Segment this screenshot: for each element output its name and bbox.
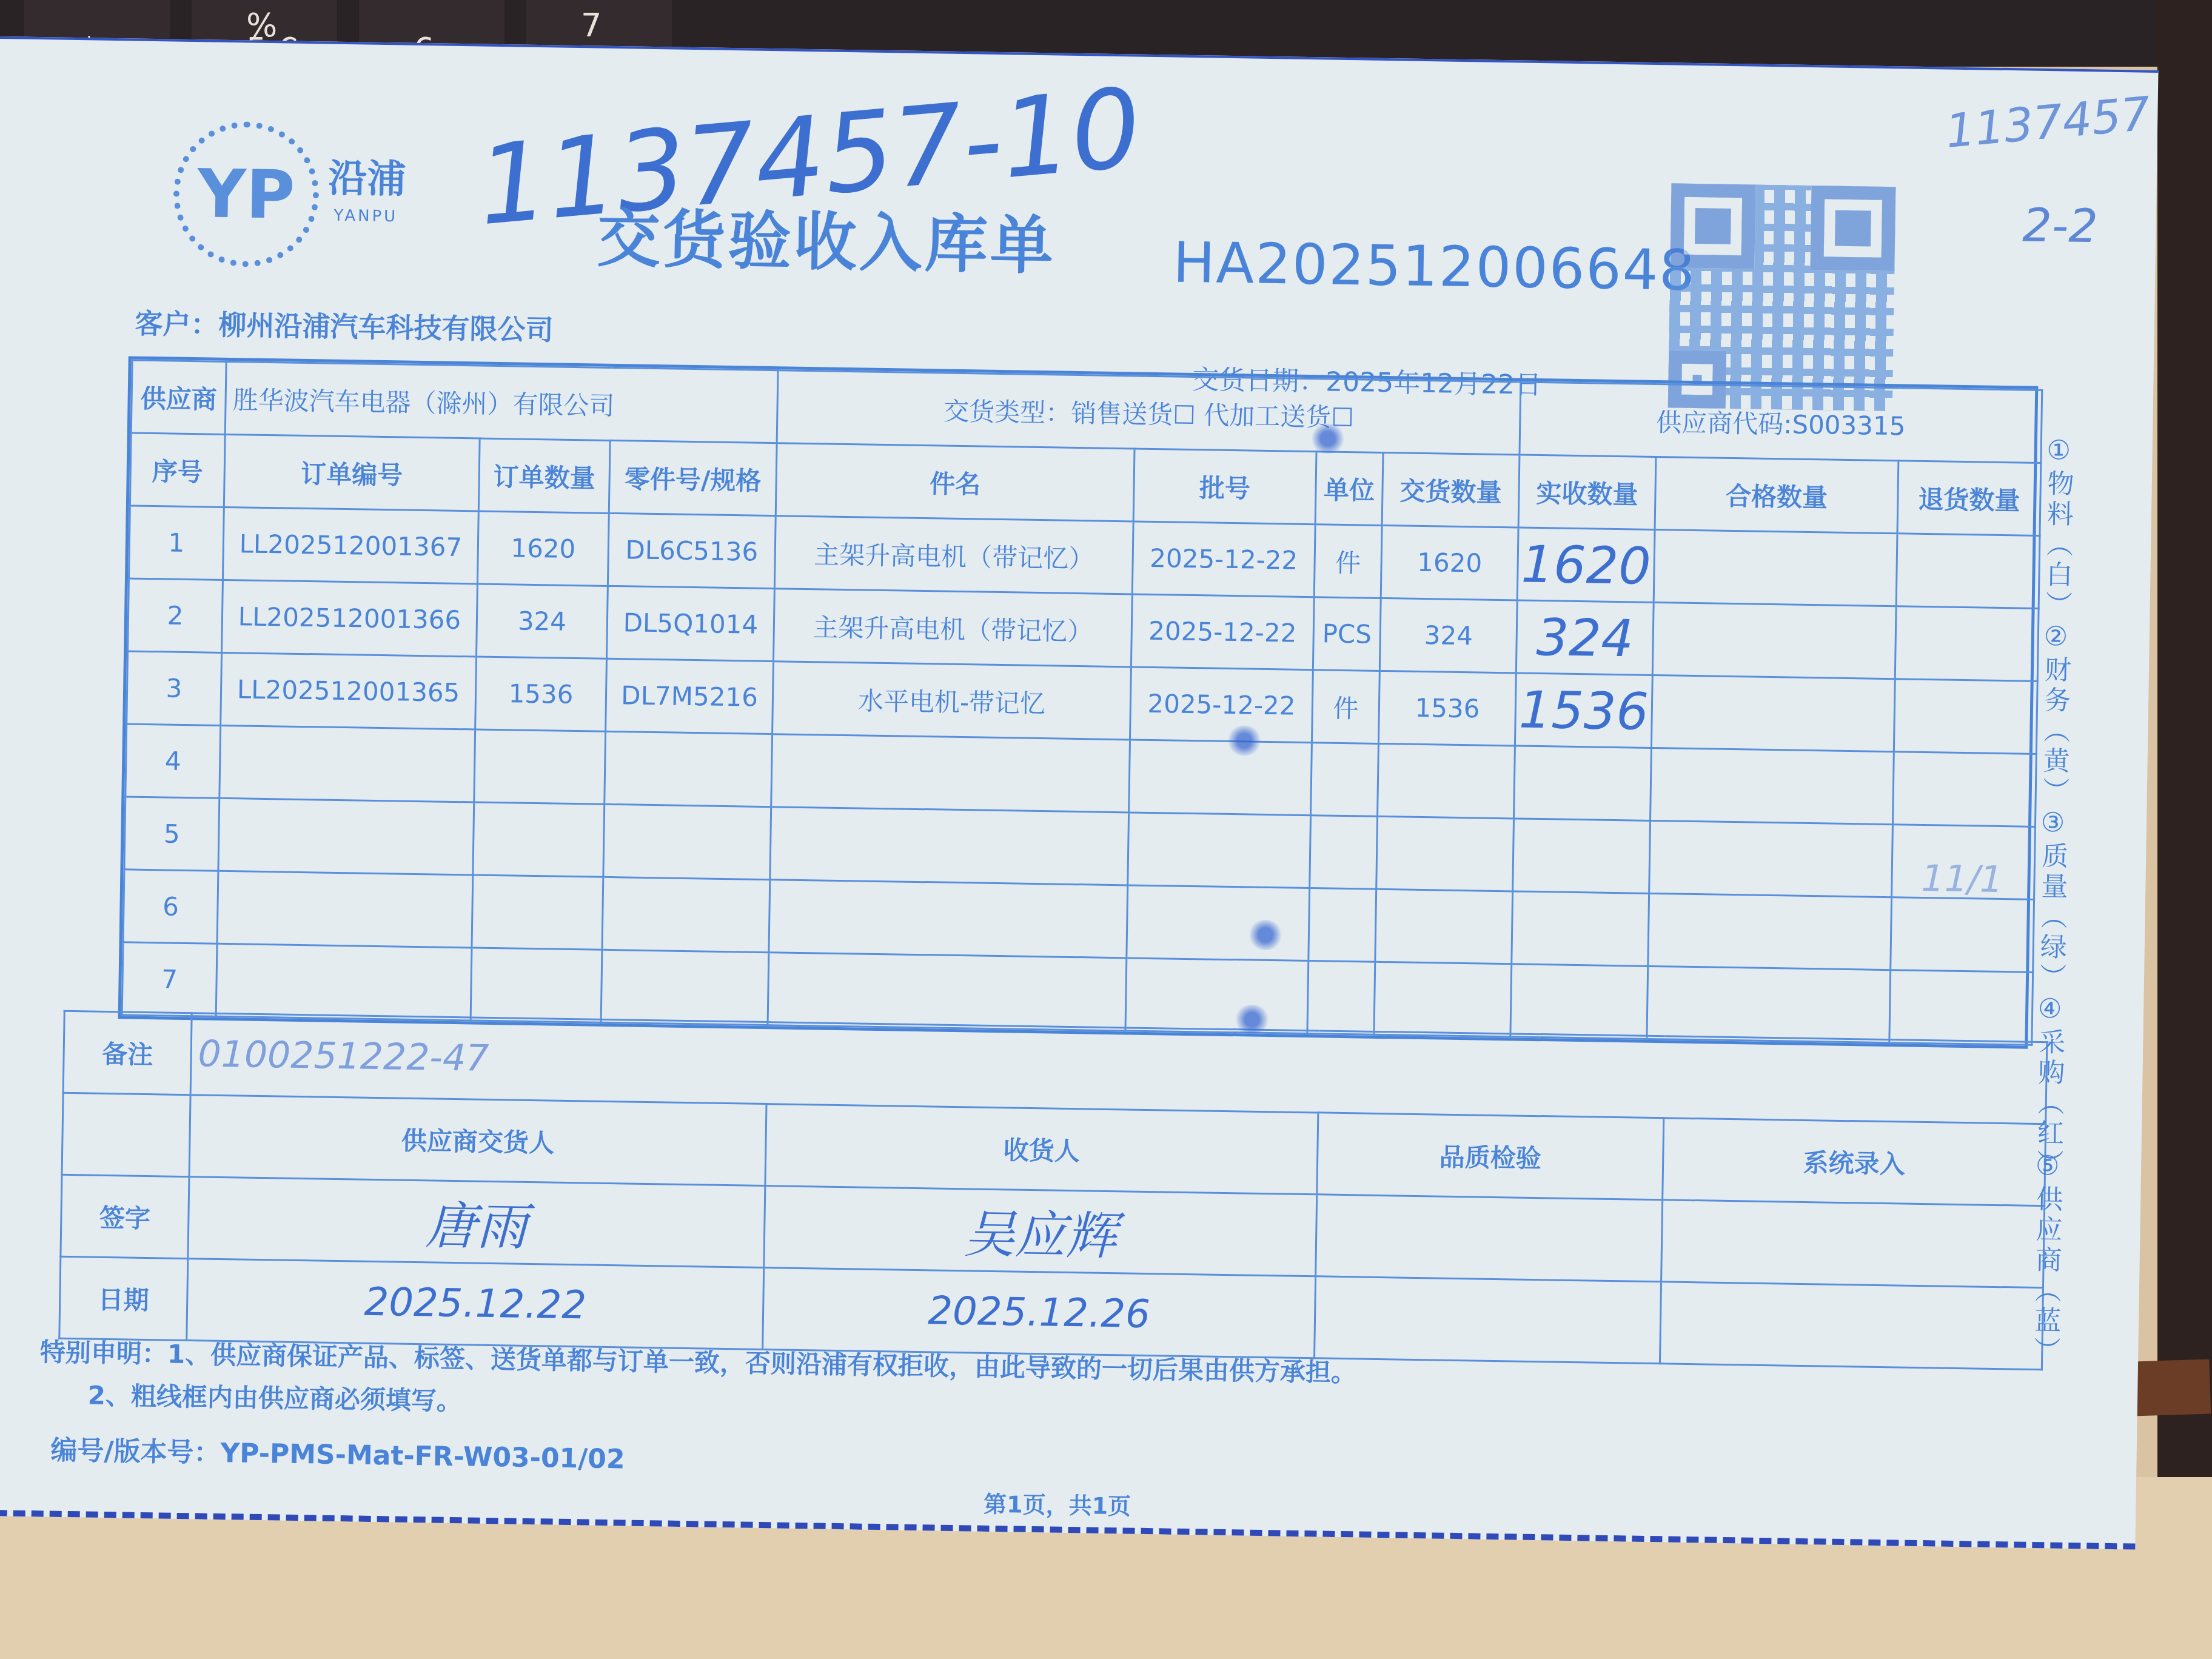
cell-part-name xyxy=(768,953,1127,1031)
header-quality-inspection: 品质检验 xyxy=(1317,1113,1664,1200)
cell-seq: 3 xyxy=(127,651,222,725)
form-code-value: YP-PMS-Mat-FR-W03-01/02 xyxy=(220,1438,625,1475)
cell-part-name: 主架升高电机（带记忆） xyxy=(774,516,1133,594)
cell-part-no: DL5Q1014 xyxy=(607,586,775,661)
cell-part-name: 水平电机-带记忆 xyxy=(773,662,1131,740)
corner-handwriting-2: 2-2 xyxy=(2022,198,2099,253)
signature-header-blank xyxy=(62,1093,190,1176)
cell-unit xyxy=(1311,743,1379,817)
yanpu-logo-icon: YP xyxy=(172,121,320,269)
cell-unit xyxy=(1310,816,1378,890)
cell-part-no xyxy=(601,950,769,1025)
cell-qualified-qty xyxy=(1654,529,1897,606)
cell-unit: PCS xyxy=(1313,597,1381,671)
cell-unit xyxy=(1307,961,1375,1035)
page-info: 第1页，共1页 xyxy=(984,1486,1131,1521)
key-label: 7 xyxy=(581,6,602,44)
cell-part-no: DL6C5136 xyxy=(608,513,776,588)
supplier-label: 供应商 xyxy=(131,360,226,434)
cell-unit: 件 xyxy=(1314,525,1382,598)
delivery-receipt-paper: YP 沿浦 YANPU 1137457-10 交货验收入库单 HA2025120… xyxy=(0,36,2159,1550)
cell-part-name: 主架升高电机（带记忆） xyxy=(773,589,1132,667)
cell-received-qty-handwritten: 324 xyxy=(1516,600,1654,675)
date-label: 日期 xyxy=(59,1256,188,1340)
cell-delivered-qty xyxy=(1376,816,1514,891)
items-table: 供应商 胜华波汽车电器（滁州）有限公司 交货类型：销售送货☐ 代加工送货☐ 供应… xyxy=(118,356,2039,1048)
cell-batch: 2025-12-22 xyxy=(1130,667,1313,743)
cell-received-qty-handwritten: 1620 xyxy=(1517,528,1655,603)
customer-line: 客户：柳州沿浦汽车科技有限公司 xyxy=(135,302,554,349)
cell-unit: 件 xyxy=(1312,670,1380,744)
document-number: HA202512006648 xyxy=(1173,230,1697,303)
supplier-code-label: 供应商代码: xyxy=(1656,407,1792,439)
margin-handwriting: 11/1 xyxy=(1921,857,2003,901)
document-title: 交货验收入库单 xyxy=(597,188,1056,286)
cell-qualified-qty xyxy=(1647,966,1891,1042)
cell-part-name xyxy=(771,734,1130,813)
header-delivered-qty: 交货数量 xyxy=(1382,452,1520,528)
cell-received-qty xyxy=(1510,964,1648,1039)
receiver-signature: 吴应辉 xyxy=(764,1186,1317,1276)
cell-part-no xyxy=(602,877,770,952)
customer-value: 柳州沿浦汽车科技有限公司 xyxy=(218,309,554,347)
cell-order-no: LL202512001366 xyxy=(222,580,478,657)
cell-qualified-qty xyxy=(1651,748,1894,824)
logo-english-text: YANPU xyxy=(333,207,398,226)
cell-delivered-qty xyxy=(1374,962,1512,1037)
cell-delivered-qty xyxy=(1378,743,1515,819)
cell-returned-qty xyxy=(1891,897,2034,973)
cell-batch: 2025-12-22 xyxy=(1132,521,1315,597)
form-code: 编号/版本号：YP-PMS-Mat-FR-W03-01/02 xyxy=(50,1429,625,1476)
cell-seq: 1 xyxy=(129,506,224,580)
system-entry-date xyxy=(1660,1282,2043,1370)
cell-order-qty xyxy=(472,875,603,950)
cell-received-qty-handwritten: 1536 xyxy=(1515,673,1653,748)
cell-part-name xyxy=(770,807,1129,885)
header-order-no: 订单编号 xyxy=(224,434,480,511)
header-batch: 批号 xyxy=(1133,449,1316,525)
cell-received-qty xyxy=(1513,819,1651,894)
cell-qualified-qty xyxy=(1651,675,1895,751)
delivery-type-value: 销售送货☐ 代加工送货☐ xyxy=(1071,398,1354,432)
cell-received-qty xyxy=(1514,746,1652,821)
header-system-entry: 系统录入 xyxy=(1663,1118,2046,1206)
system-entry-signature xyxy=(1661,1200,2045,1288)
header-supplier-deliverer: 供应商交货人 xyxy=(189,1095,766,1186)
cell-returned-qty xyxy=(1889,970,2033,1045)
cell-order-no: LL202512001365 xyxy=(221,652,477,729)
supplier-signature: 唐雨 xyxy=(188,1177,765,1268)
cell-delivered-qty: 1620 xyxy=(1381,525,1518,600)
header-order-qty: 订单数量 xyxy=(478,438,610,513)
cell-returned-qty xyxy=(1893,752,2037,827)
cell-seq: 6 xyxy=(123,870,218,943)
cell-part-no xyxy=(603,804,771,879)
delivery-type-cell: 交货类型：销售送货☐ 代加工送货☐ xyxy=(777,370,1521,455)
header-received-qty: 实收数量 xyxy=(1518,455,1656,530)
cell-batch xyxy=(1128,813,1311,888)
cell-order-no xyxy=(216,943,472,1021)
remarks-label: 备注 xyxy=(63,1011,192,1094)
cell-order-qty: 1536 xyxy=(475,657,607,731)
cell-part-no: DL7M5216 xyxy=(606,659,774,734)
qr-code-icon xyxy=(1668,183,1896,411)
cell-qualified-qty xyxy=(1652,602,1896,679)
cell-returned-qty xyxy=(1894,679,2037,754)
cell-part-name xyxy=(769,880,1128,958)
cell-qualified-qty xyxy=(1648,893,1892,970)
copy-distribution-label-supplier: ⑤供应商（蓝） xyxy=(2026,1150,2066,1367)
cell-order-no: LL202512001367 xyxy=(223,507,478,584)
delivery-type-label: 交货类型： xyxy=(943,396,1071,427)
quality-sign-date xyxy=(1315,1276,1661,1364)
header-returned-qty: 退货数量 xyxy=(1897,461,2041,536)
form-code-label: 编号/版本号： xyxy=(50,1435,221,1469)
cell-batch: 2025-12-22 xyxy=(1131,594,1314,670)
cell-order-no xyxy=(217,871,473,948)
quality-signature xyxy=(1316,1195,1663,1282)
cell-order-no xyxy=(220,725,475,802)
cell-delivered-qty: 1536 xyxy=(1378,671,1516,746)
cell-received-qty xyxy=(1512,891,1649,967)
logo-chinese-text: 沿浦 xyxy=(328,147,406,204)
cell-batch xyxy=(1129,740,1312,816)
cell-seq: 7 xyxy=(122,942,217,1016)
header-unit: 单位 xyxy=(1315,452,1383,526)
sign-label: 签字 xyxy=(61,1175,189,1258)
cell-returned-qty xyxy=(1896,534,2040,609)
cell-unit xyxy=(1309,888,1376,962)
cell-batch xyxy=(1127,885,1310,961)
cell-order-qty xyxy=(474,729,606,804)
supplier-code-value: S003315 xyxy=(1792,409,1906,441)
cell-order-qty xyxy=(471,948,602,1022)
header-part-no: 零件号/规格 xyxy=(609,440,777,515)
header-part-name: 件名 xyxy=(776,443,1134,521)
cell-order-qty: 1620 xyxy=(477,511,609,586)
header-seq: 序号 xyxy=(130,433,225,507)
corner-handwriting: 1137457 xyxy=(1943,86,2153,158)
cell-seq: 2 xyxy=(128,578,223,652)
supplier-value: 胜华波汽车电器（滁州）有限公司 xyxy=(225,361,778,443)
cell-order-qty: 324 xyxy=(477,584,608,659)
logo-mark: YP xyxy=(197,155,295,234)
cell-batch xyxy=(1125,958,1309,1034)
header-receiver: 收货人 xyxy=(765,1104,1318,1195)
header-qualified-qty: 合格数量 xyxy=(1655,457,1899,533)
remarks-signature-table: 备注 0100251222-47 供应商交货人 收货人 品质检验 系统录入 签字… xyxy=(58,1010,2046,1370)
cell-qualified-qty xyxy=(1649,820,1893,897)
cell-seq: 5 xyxy=(124,797,220,871)
supplier-code-cell: 供应商代码:S003315 xyxy=(1520,382,2042,463)
cell-order-qty xyxy=(473,802,605,877)
cell-seq: 4 xyxy=(126,724,221,798)
cell-order-no xyxy=(218,798,474,875)
cell-returned-qty xyxy=(1895,606,2039,682)
cell-delivered-qty xyxy=(1375,889,1513,964)
customer-label: 客户： xyxy=(135,307,219,341)
cell-part-no xyxy=(605,731,773,806)
cell-delivered-qty: 324 xyxy=(1379,598,1517,673)
